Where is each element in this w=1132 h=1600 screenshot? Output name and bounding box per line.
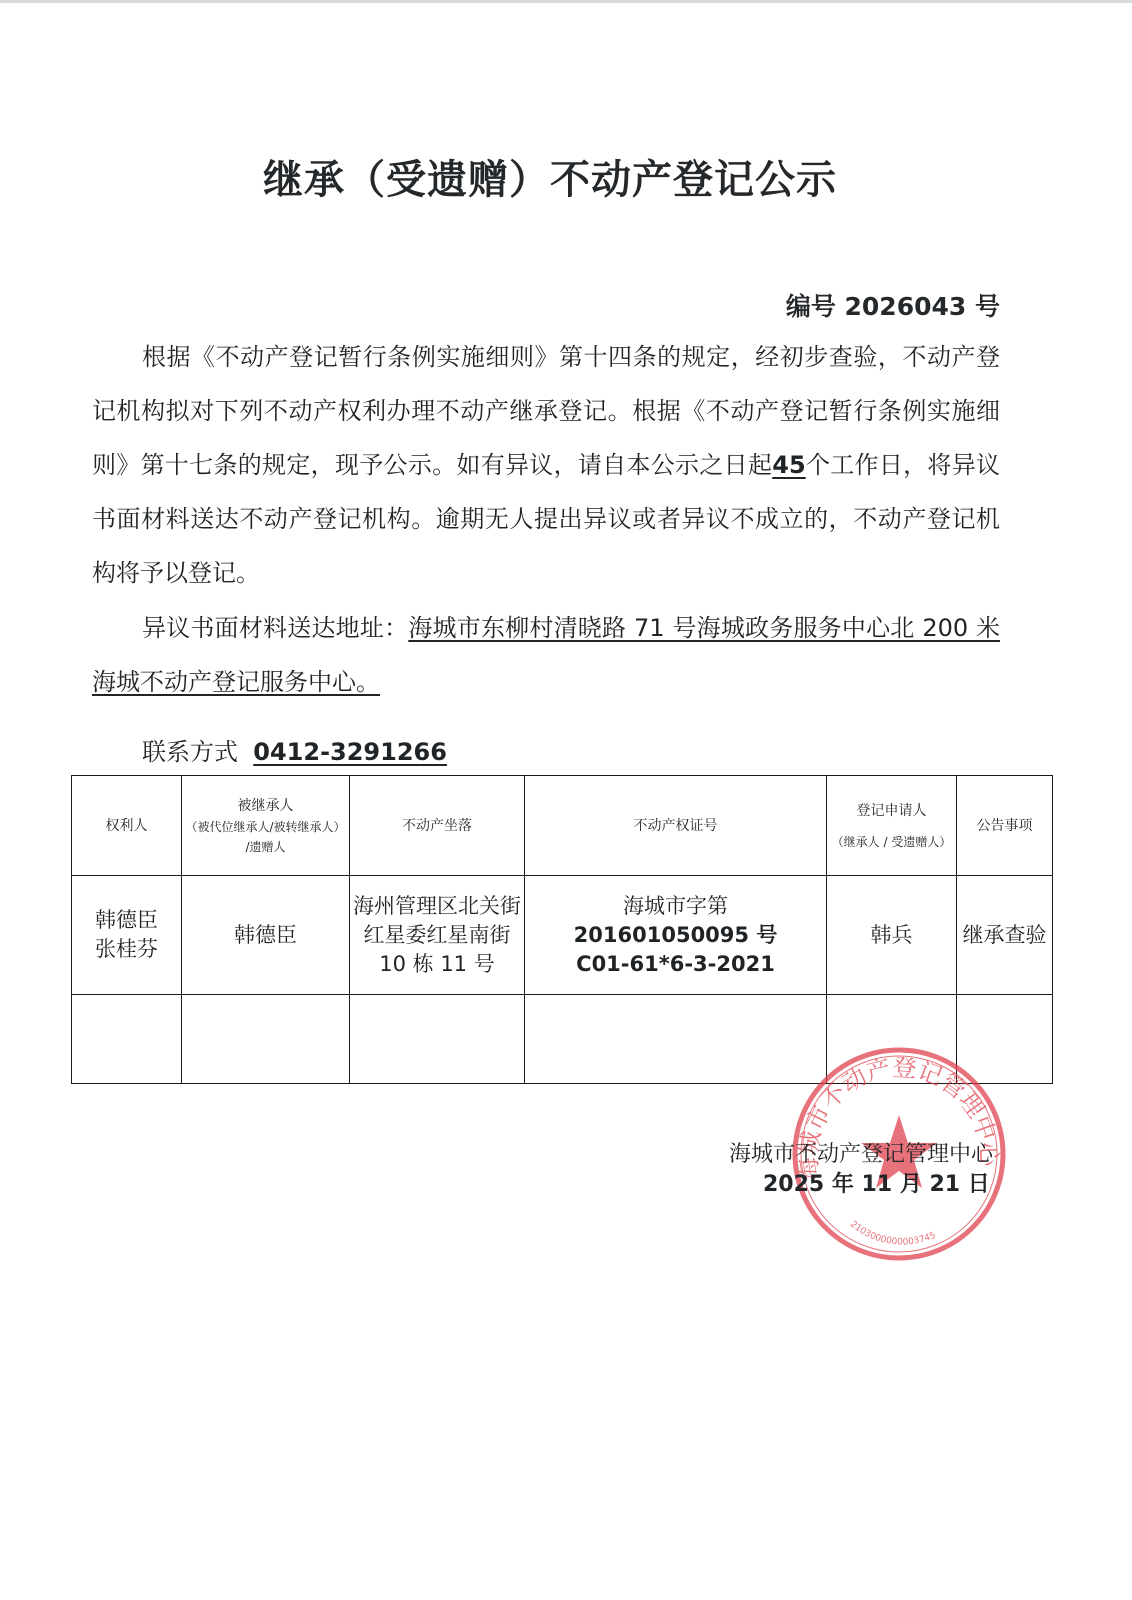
document-number: 编号 2026043 号	[786, 287, 1000, 323]
empty-cell	[72, 995, 182, 1084]
page-top-edge	[0, 0, 1132, 3]
address-label: 异议书面材料送达地址：	[142, 614, 408, 642]
header-notice-item: 公告事项	[957, 776, 1053, 876]
cell-decedent: 韩德臣	[182, 876, 350, 995]
document-title: 继承（受遗赠）不动产登记公示	[0, 148, 1100, 205]
objection-address-paragraph: 异议书面材料送达地址：海城市东柳村清晓路 71 号海城政务服务中心北 200 米…	[92, 601, 1000, 709]
header-applicant: 登记申请人（继承人 / 受遗赠人）	[827, 776, 957, 876]
header-decedent: 被继承人（被代位继承人/被转继承人）/遗赠人	[182, 776, 350, 876]
table-row: 韩德臣张桂芬 韩德臣 海州管理区北关街红星委红星南街 10 栋 11 号 海城市…	[72, 876, 1053, 995]
issue-date: 2025 年 11 月 21 日	[763, 1167, 990, 1198]
contact-line: 联系方式 0412-3291266	[142, 732, 447, 767]
empty-cell	[350, 995, 525, 1084]
notice-paragraph: 根据《不动产登记暂行条例实施细则》第十四条的规定，经初步查验，不动产登记机构拟对…	[92, 330, 1000, 600]
header-rights-holder: 权利人	[72, 776, 182, 876]
issuing-organization: 海城市不动产登记管理中心	[729, 1137, 993, 1168]
svg-text:2103000000003745: 2103000000003745	[848, 1220, 937, 1248]
cell-applicant: 韩兵	[827, 876, 957, 995]
cell-cert-number: 海城市字第201601050095 号C01-61*6-3-2021	[525, 876, 827, 995]
table-header-row: 权利人 被继承人（被代位继承人/被转继承人）/遗赠人 不动产坐落 不动产权证号 …	[72, 776, 1053, 876]
header-cert-number: 不动产权证号	[525, 776, 827, 876]
contact-phone: 0412-3291266	[253, 738, 447, 766]
objection-days: 45	[772, 451, 805, 479]
contact-label: 联系方式	[142, 738, 238, 766]
cell-rights-holder: 韩德臣张桂芬	[72, 876, 182, 995]
cell-notice-item: 继承查验	[957, 876, 1053, 995]
empty-cell	[525, 995, 827, 1084]
cell-location: 海州管理区北关街红星委红星南街 10 栋 11 号	[350, 876, 525, 995]
registration-table: 权利人 被继承人（被代位继承人/被转继承人）/遗赠人 不动产坐落 不动产权证号 …	[71, 775, 1053, 1084]
header-location: 不动产坐落	[350, 776, 525, 876]
empty-cell	[182, 995, 350, 1084]
